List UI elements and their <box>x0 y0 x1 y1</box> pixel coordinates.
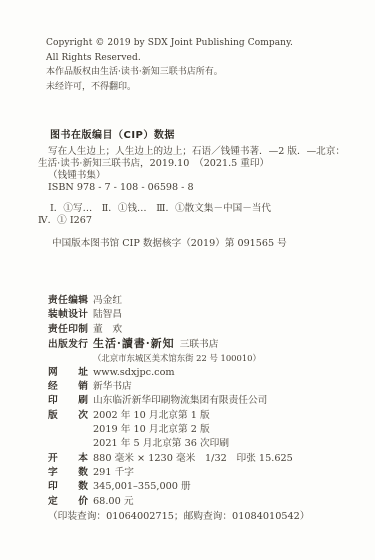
row-price: 定 价 68.00 元 <box>48 495 310 509</box>
row-printing-info: 2021 年 5 月北京第 36 次印刷 <box>48 437 310 451</box>
rights-reserved-line: All Rights Reserved. <box>46 51 293 66</box>
row-printer: 印 刷 山东临沂新华印刷物流集团有限责任公司 <box>48 394 310 408</box>
row-value: 345,001–355,000 册 <box>93 480 191 494</box>
row-value: 董 欢 <box>93 323 122 337</box>
website-url: www.sdxjpc.com <box>93 366 175 380</box>
sdx-logo-script: 生活·讀書·新知 <box>93 337 175 350</box>
cip-class-line-2: Ⅳ．① I267 <box>38 215 271 227</box>
row-word-count: 字 数 291 千字 <box>48 466 310 480</box>
row-value: 880 毫米 × 1230 毫米 1/32 印张 15.625 <box>93 452 293 466</box>
row-value: 冯金红 <box>93 294 122 308</box>
row-publisher: 出版发行 生活·讀書·新知三联书店 <box>48 337 310 351</box>
row-value: 2019 年 10 月北京第 2 版 <box>93 423 210 437</box>
cip-classification-block: Ⅰ．①写… Ⅱ．①钱… Ⅲ．①散文集－中国－当代 Ⅳ．① I267 <box>38 203 271 226</box>
row-value: 山东临沂新华印刷物流集团有限责任公司 <box>93 394 267 408</box>
cip-series-line: （钱锺书集） <box>38 170 358 182</box>
row-value: 新华书店 <box>93 380 132 394</box>
cip-title-line: 写在人生边上；人生边上的边上；石语／钱锺书著．—2 版．—北京： <box>38 146 358 158</box>
cip-entry-block: 写在人生边上；人生边上的边上；石语／钱锺书著．—2 版．—北京： 生活·读书·新… <box>38 146 358 194</box>
row-label: 责任印制 <box>48 323 88 337</box>
row-designer: 装帧设计 陆智昌 <box>48 308 310 322</box>
row-edition-second: 2019 年 10 月北京第 2 版 <box>48 423 310 437</box>
no-reprint-line: 未经许可，不得翻印。 <box>46 80 293 95</box>
row-label: 网 址 <box>48 366 88 380</box>
row-label: 出版发行 <box>48 338 88 352</box>
row-label: 开 本 <box>48 452 88 466</box>
copyright-line-chinese: 本作品版权由生活·读书·新知三联书店所有。 <box>46 65 293 80</box>
row-value: 2021 年 5 月北京第 36 次印刷 <box>93 437 229 451</box>
cip-heading: 图书在版编目（CIP）数据 <box>50 126 175 141</box>
row-value: 陆智昌 <box>93 308 122 322</box>
publisher-name: 三联书店 <box>180 339 219 350</box>
cip-publisher-line: 生活·读书·新知三联书店，2019.10 （2021.5 重印） <box>38 158 358 170</box>
row-label: 字 数 <box>48 466 88 480</box>
row-value: 68.00 元 <box>93 495 134 509</box>
row-label: 印 数 <box>48 480 88 494</box>
row-distributor: 经 销 新华书店 <box>48 380 310 394</box>
cip-record-number: 中国版本图书馆 CIP 数据核字（2019）第 091565 号 <box>52 235 287 249</box>
inquiry-phone-line: （印装查询：01064002715；邮购查询：01084010542） <box>48 510 310 524</box>
row-value: 291 千字 <box>93 466 134 480</box>
row-label: 定 价 <box>48 495 88 509</box>
row-label: 印 刷 <box>48 394 88 408</box>
row-label: 版 次 <box>48 409 88 423</box>
row-label: 经 销 <box>48 380 88 394</box>
book-copyright-page: Copyright © 2019 by SDX Joint Publishing… <box>0 0 375 560</box>
publisher-address: （北京市东城区美术馆东街 22 号 100010） <box>93 351 261 365</box>
row-value: 2002 年 10 月北京第 1 版 <box>93 409 210 423</box>
cip-class-line-1: Ⅰ．①写… Ⅱ．①钱… Ⅲ．①散文集－中国－当代 <box>38 203 271 215</box>
colophon-block: 责任编辑 冯金红 装帧设计 陆智昌 责任印制 董 欢 出版发行 生活·讀書·新知… <box>48 294 310 524</box>
row-edition-first: 版 次 2002 年 10 月北京第 1 版 <box>48 409 310 423</box>
isbn-line: ISBN 978 - 7 - 108 - 06598 - 8 <box>38 182 358 194</box>
row-publisher-address: （北京市东城区美术馆东街 22 号 100010） <box>48 351 310 365</box>
row-editor: 责任编辑 冯金红 <box>48 294 310 308</box>
row-format: 开 本 880 毫米 × 1230 毫米 1/32 印张 15.625 <box>48 452 310 466</box>
copyright-line-english: Copyright © 2019 by SDX Joint Publishing… <box>46 36 293 51</box>
copyright-block: Copyright © 2019 by SDX Joint Publishing… <box>46 36 293 94</box>
row-print-run: 印 数 345,001–355,000 册 <box>48 480 310 494</box>
row-label: 装帧设计 <box>48 308 88 322</box>
row-label: 责任编辑 <box>48 294 88 308</box>
row-website: 网 址 www.sdxjpc.com <box>48 366 310 380</box>
row-print-supervisor: 责任印制 董 欢 <box>48 323 310 337</box>
